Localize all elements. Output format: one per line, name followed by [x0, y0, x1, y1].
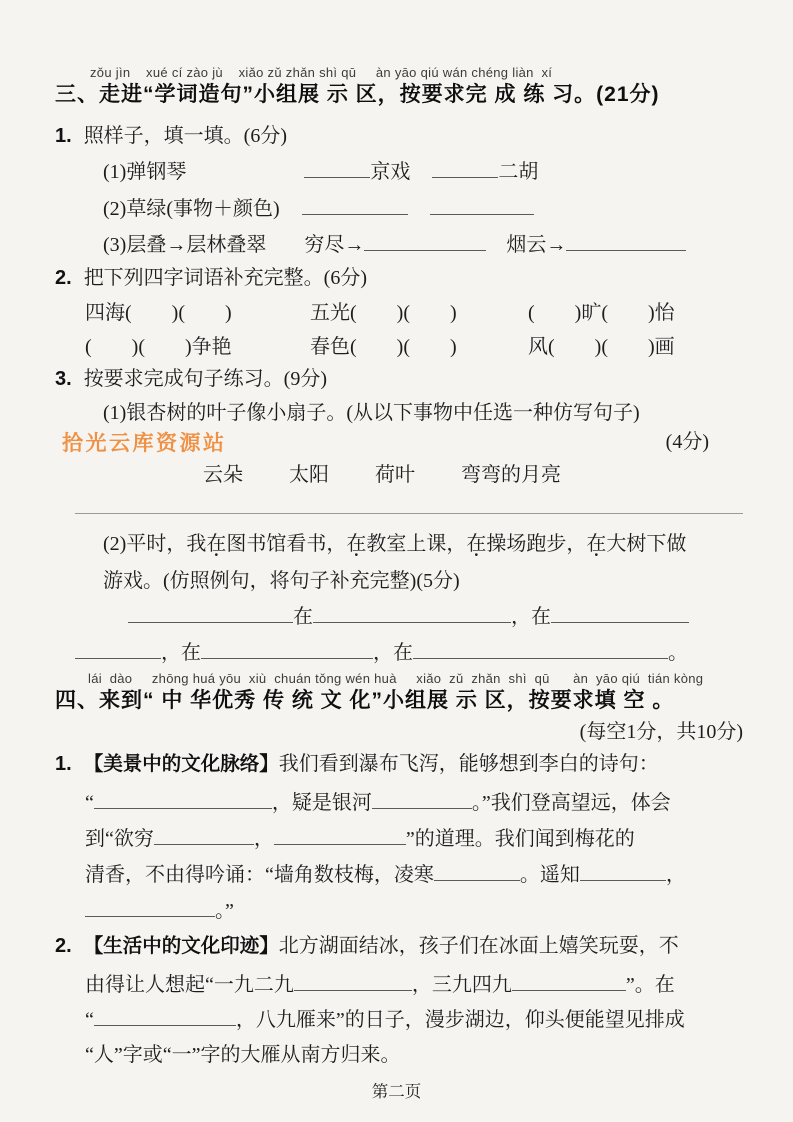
text-segment: 在 — [293, 606, 313, 628]
q3-subitem-2-line1: (2)平时，我在图书馆看书，在教室上课，在操场跑步，在大树下做 — [103, 529, 686, 559]
idiom-cell: 春色( )( ) — [310, 332, 457, 362]
text-segment: (2)平时，我 — [103, 533, 206, 555]
question-tag: 【美景中的文化脉络】 — [84, 753, 279, 775]
idiom-cell: 四海( )( ) — [85, 298, 232, 328]
answer-blank — [580, 859, 666, 881]
text-segment: “ — [85, 792, 94, 814]
text-segment: 图书馆看书， — [226, 533, 346, 555]
s4-question-2-line2: 由得让人想起“一九二九，三九四九”。在 — [85, 969, 675, 1000]
text-segment: ，八九雁来”的日子，漫步湖边，仰头便能望见排成 — [236, 1009, 685, 1031]
question-tag: 【生活中的文化印迹】 — [84, 935, 279, 957]
question-number: 1. — [55, 753, 72, 775]
question-number: 2. — [55, 935, 72, 957]
text-segment: ，在 — [511, 606, 551, 628]
answer-blank — [128, 601, 293, 623]
spacer — [410, 177, 432, 178]
text-segment: 清香，不由得吟诵：“墙角数枝梅，凌寒 — [85, 864, 434, 886]
question-2-heading: 2.把下列四字词语补充完整。(6分) — [55, 263, 367, 293]
answer-blank — [432, 156, 498, 178]
spacer — [408, 214, 430, 215]
answer-blank — [302, 193, 408, 215]
text-segment: 。” — [215, 900, 234, 922]
text-segment: “ — [85, 1009, 94, 1031]
q1-subitem-3: (3)层叠→层林叠翠穷尽→烟云→ — [103, 229, 686, 260]
question-text: 把下列四字词语补充完整。(6分) — [84, 267, 367, 289]
word-options: 云朵太阳荷叶弯弯的月亮 — [203, 460, 607, 490]
emphasized-text: 在 — [586, 529, 606, 559]
watermark: 拾光云库资源站 — [62, 429, 227, 459]
s4-question-2-line4: “人”字或“一”字的大雁从南方归来。 — [85, 1040, 401, 1070]
answer-blank — [75, 637, 161, 659]
q1-subitem-2: (2)草绿(事物＋颜色) — [103, 193, 534, 224]
text-segment: 到“欲穷 — [85, 828, 154, 850]
spacer — [280, 214, 302, 215]
answer-blank — [201, 637, 373, 659]
text-segment: 大树下做 — [606, 533, 686, 555]
question-text: 北方湖面结冰，孩子们在冰面上嬉笑玩耍，不 — [279, 935, 679, 957]
answer-blank — [304, 156, 370, 178]
answer-line — [75, 513, 743, 514]
text-segment: ， — [666, 864, 686, 886]
question-3-heading: 3.按要求完成句子练习。(9分) — [55, 364, 327, 394]
spacer — [486, 250, 506, 251]
question-number: 3. — [55, 368, 72, 390]
emphasized-text: 在 — [206, 529, 226, 559]
question-text: 照样子，填一填。(6分) — [84, 125, 287, 147]
text-segment: ，在 — [161, 642, 201, 664]
answer-blank — [512, 969, 626, 991]
spacer — [186, 177, 304, 178]
answer-blank — [372, 787, 472, 809]
q3-subitem-1: (1)银杏树的叶子像小扇子。(从以下事物中任选一种仿写句子) — [103, 398, 640, 428]
text-segment: (3)层叠→层林叠翠 — [103, 234, 266, 256]
idiom-row-1: 四海( )( ) 五光( )( ) ( )旷( )怡 — [85, 298, 785, 328]
text-segment: 穷尽→ — [304, 234, 364, 256]
text-segment: 京戏 — [370, 161, 410, 183]
answer-blank — [434, 859, 520, 881]
text-segment: ， — [254, 828, 274, 850]
answer-blank — [413, 637, 668, 659]
spacer — [266, 250, 304, 251]
text-segment: (1)弹钢琴 — [103, 161, 186, 183]
s4-question-1-line5: 。” — [85, 895, 234, 926]
section3-heading: 三、走进“学词造句”小组展 示 区，按要求完 成 练 习。(21分) — [55, 80, 660, 110]
text-segment: ”的道理。我们闻到梅花的 — [406, 828, 635, 850]
idiom-cell: ( )( )争艳 — [85, 332, 232, 362]
text-segment: 。”我们登高望远，体会 — [472, 792, 671, 814]
section4-heading: 四、来到“ 中 华优秀 传 统 文 化”小组展 示 区，按要求填 空 。 — [55, 686, 674, 716]
question-number: 1. — [55, 125, 72, 147]
text-segment: 由得让人想起“一九二九 — [85, 974, 294, 996]
answer-blank — [364, 229, 486, 251]
text-segment: 。遥知 — [520, 864, 580, 886]
text-segment: ，三九四九 — [412, 974, 512, 996]
text-segment: 二胡 — [498, 161, 538, 183]
option-word: 荷叶 — [375, 464, 415, 486]
s4-question-2-line1: 2.【生活中的文化印迹】北方湖面结冰，孩子们在冰面上嬉笑玩耍，不 — [55, 931, 679, 961]
answer-blank — [294, 969, 412, 991]
text-segment: 。 — [668, 642, 688, 664]
text-segment: 教室上课， — [366, 533, 466, 555]
question-text: 我们看到瀑布飞泻，能够想到李白的诗句： — [279, 753, 659, 775]
question-number: 2. — [55, 267, 72, 289]
emphasized-text: 在 — [466, 529, 486, 559]
text-segment: 烟云→ — [506, 234, 566, 256]
emphasized-text: 在 — [346, 529, 366, 559]
question-1-heading: 1.照样子，填一填。(6分) — [55, 121, 287, 151]
idiom-cell: 五光( )( ) — [310, 298, 457, 328]
text-segment: ”。在 — [626, 974, 675, 996]
q1-subitem-1: (1)弹钢琴京戏二胡 — [103, 156, 538, 187]
score-label: (4分) — [666, 427, 709, 457]
option-word: 云朵 — [203, 464, 243, 486]
s4-question-1-line2: “，疑是银河。”我们登高望远，体会 — [85, 787, 671, 818]
s4-question-1-line3: 到“欲穷，”的道理。我们闻到梅花的 — [85, 823, 635, 854]
text-segment: ，疑是银河 — [272, 792, 372, 814]
answer-blank — [94, 787, 272, 809]
s4-question-1-line4: 清香，不由得吟诵：“墙角数枝梅，凌寒。遥知， — [85, 859, 686, 890]
idiom-row-2: ( )( )争艳 春色( )( ) 风( )( )画 — [85, 332, 785, 362]
answer-blank — [274, 823, 406, 845]
text-segment: 操场跑步， — [486, 533, 586, 555]
answer-blank — [566, 229, 686, 251]
answer-blank — [430, 193, 534, 215]
idiom-cell: 风( )( )画 — [528, 332, 675, 362]
idiom-cell: ( )旷( )怡 — [528, 298, 675, 328]
s4-question-1-line1: 1.【美景中的文化脉络】我们看到瀑布飞泻，能够想到李白的诗句： — [55, 749, 659, 779]
answer-blank — [551, 601, 689, 623]
option-word: 弯弯的月亮 — [461, 464, 561, 486]
q3-fill-line-1: 在，在 — [128, 601, 689, 632]
text-segment: (2)草绿(事物＋颜色) — [103, 198, 280, 220]
text-segment: ，在 — [373, 642, 413, 664]
answer-blank — [94, 1004, 236, 1026]
q3-subitem-2-line2: 游戏。(仿照例句，将句子补充完整)(5分) — [103, 566, 460, 596]
s4-question-2-line3: “，八九雁来”的日子，漫步湖边，仰头便能望见排成 — [85, 1004, 685, 1035]
page-number: 第二页 — [0, 1078, 793, 1102]
answer-blank — [154, 823, 254, 845]
question-text: 按要求完成句子练习。(9分) — [84, 368, 327, 390]
exam-page: zǒu jìn xué cí zào jù xiǎo zǔ zhǎn shì q… — [0, 0, 793, 1122]
option-word: 太阳 — [289, 464, 329, 486]
answer-blank — [313, 601, 511, 623]
answer-blank — [85, 895, 215, 917]
section4-score-note: (每空1分，共10分) — [580, 717, 743, 747]
